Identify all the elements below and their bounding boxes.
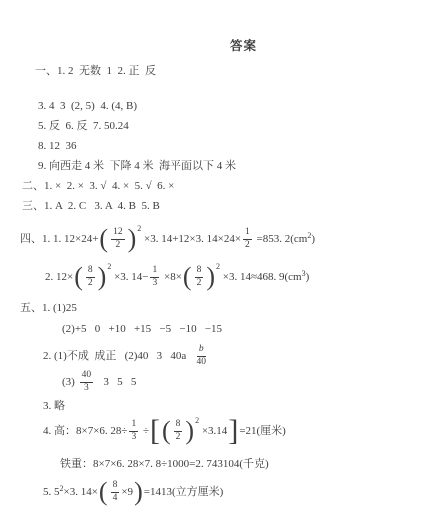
answer-line: (3) 403 3 5 5 bbox=[62, 368, 136, 396]
answer-line: 四、1. 1. 12×24+(122)2 ×3. 14+12×3. 14×24×… bbox=[20, 221, 315, 257]
text-segment: ×3. 14− bbox=[111, 270, 148, 285]
fraction: 12 bbox=[243, 227, 252, 251]
fraction-numerator: 1 bbox=[150, 265, 159, 278]
answer-line: (2)+5 0 +10 +15 −5 −10 −15 bbox=[62, 322, 222, 337]
answer-line: 2. 12×(82)2 ×3. 14−13 ×8×(82)2 ×3. 14≈46… bbox=[45, 259, 309, 295]
answer-line: 一、1. 2 无数 1 2. 正 反 bbox=[35, 64, 156, 79]
superscript: 2 bbox=[60, 481, 64, 496]
text-segment: ×3. 14≈468. 9(cm bbox=[220, 270, 302, 285]
superscript: 2 bbox=[107, 259, 111, 274]
text-segment: ×9 bbox=[121, 485, 133, 500]
text-segment: ×3. 14+12×3. 14×24× bbox=[141, 232, 241, 247]
text-segment: ×8× bbox=[161, 270, 182, 285]
big-paren: ( bbox=[73, 264, 84, 290]
superscript: 2 bbox=[195, 413, 199, 428]
big-paren: ( bbox=[161, 418, 172, 444]
text-segment: =21(厘米) bbox=[239, 424, 286, 439]
text-segment: 5. 5 bbox=[43, 485, 60, 500]
text-segment: (2)+5 0 +10 +15 −5 −10 −15 bbox=[62, 322, 222, 337]
text-segment: 8. 12 36 bbox=[38, 139, 77, 154]
text-segment: 9. 向西走 4 米 下降 4 米 海平面以下 4 米 bbox=[38, 159, 236, 174]
fraction: 82 bbox=[86, 265, 95, 289]
answer-line: 二、1. × 2. × 3. √ 4. × 5. √ 6. × bbox=[22, 179, 174, 194]
text-segment: ) bbox=[311, 232, 315, 247]
text-segment: 四、1. 1. 12×24+ bbox=[20, 232, 98, 247]
text-segment: 五、1. (1)25 bbox=[20, 301, 77, 316]
text-segment: 4. 高：8×7×6. 28÷ bbox=[43, 424, 127, 439]
big-bracket: ] bbox=[227, 416, 239, 446]
superscript: 3 bbox=[302, 266, 306, 281]
big-paren: ) bbox=[184, 418, 195, 444]
fraction-denominator: 3 bbox=[152, 278, 157, 289]
big-paren: ) bbox=[205, 264, 216, 290]
fraction-denominator: 4 bbox=[113, 493, 118, 504]
answer-line: 8. 12 36 bbox=[38, 139, 77, 154]
superscript: 2 bbox=[216, 259, 220, 274]
superscript: 2 bbox=[307, 228, 311, 243]
fraction-numerator: 8 bbox=[86, 265, 95, 278]
superscript: 2 bbox=[137, 221, 141, 236]
text-segment: 铁重：8×7×6. 28×7. 8÷1000=2. 743104(千克) bbox=[60, 457, 269, 472]
answer-sheet-page: 答案 一、1. 2 无数 1 2. 正 反3. 4 3 (2, 5) 4. (4… bbox=[0, 0, 430, 517]
text-segment: ) bbox=[306, 270, 310, 285]
fraction-numerator: 1 bbox=[243, 227, 252, 240]
big-paren: ( bbox=[98, 226, 109, 252]
fraction: 82 bbox=[195, 265, 204, 289]
text-segment: 2. 12× bbox=[45, 270, 73, 285]
answer-line: 4. 高：8×7×6. 28÷13 ÷[(82)2 ×3.14]=21(厘米) bbox=[43, 412, 286, 450]
fraction-denominator: 2 bbox=[176, 432, 181, 443]
answer-line: 5. 反 6. 反 7. 50.24 bbox=[38, 119, 129, 134]
fraction-denominator: 2 bbox=[245, 240, 250, 251]
fraction: 403 bbox=[80, 370, 94, 394]
answer-line: 3. 4 3 (2, 5) 4. (4, B) bbox=[38, 99, 137, 114]
text-segment: 三、1. A 2. C 3. A 4. B 5. B bbox=[22, 199, 160, 214]
text-segment: 3 5 5 bbox=[95, 375, 136, 390]
big-paren: ) bbox=[97, 264, 108, 290]
big-paren: ) bbox=[133, 479, 144, 505]
big-bracket: [ bbox=[149, 416, 161, 446]
fraction-denominator: 2 bbox=[197, 278, 202, 289]
answer-line: 铁重：8×7×6. 28×7. 8÷1000=2. 743104(千克) bbox=[60, 457, 269, 472]
text-segment: 二、1. × 2. × 3. √ 4. × 5. √ 6. × bbox=[22, 179, 174, 194]
text-segment: 5. 反 6. 反 7. 50.24 bbox=[38, 119, 129, 134]
fraction-numerator: b bbox=[197, 344, 206, 357]
big-paren: ( bbox=[98, 479, 109, 505]
fraction-numerator: 8 bbox=[111, 480, 120, 493]
big-paren: ) bbox=[127, 226, 138, 252]
fraction-numerator: 1 bbox=[129, 419, 138, 432]
fraction-numerator: 8 bbox=[174, 419, 183, 432]
answer-line: 9. 向西走 4 米 下降 4 米 海平面以下 4 米 bbox=[38, 159, 236, 174]
text-segment: 3. 4 3 (2, 5) 4. (4, B) bbox=[38, 99, 137, 114]
answer-lines: 一、1. 2 无数 1 2. 正 反3. 4 3 (2, 5) 4. (4, B… bbox=[0, 0, 430, 517]
fraction: 82 bbox=[174, 419, 183, 443]
text-segment: =1413(立方厘米) bbox=[144, 485, 224, 500]
fraction-denominator: 2 bbox=[115, 240, 120, 251]
text-segment: ÷ bbox=[140, 424, 149, 439]
text-segment: =853. 2(cm bbox=[254, 232, 308, 247]
text-segment: (3) bbox=[62, 375, 78, 390]
fraction-denominator: 2 bbox=[88, 278, 93, 289]
fraction-denominator: 3 bbox=[131, 432, 136, 443]
fraction-denominator: 3 bbox=[84, 383, 89, 394]
fraction-numerator: 8 bbox=[195, 265, 204, 278]
answer-line: 2. (1)不成 成正 (2)40 3 40a b40 bbox=[43, 342, 208, 370]
fraction: 84 bbox=[111, 480, 120, 504]
text-segment: 一、1. 2 无数 1 2. 正 反 bbox=[35, 64, 156, 79]
fraction-denominator: 40 bbox=[197, 357, 207, 368]
fraction: 13 bbox=[150, 265, 159, 289]
answer-line: 三、1. A 2. C 3. A 4. B 5. B bbox=[22, 199, 160, 214]
big-paren: ( bbox=[182, 264, 193, 290]
fraction-numerator: 40 bbox=[80, 370, 94, 383]
fraction: 122 bbox=[111, 227, 125, 251]
fraction: b40 bbox=[197, 344, 207, 368]
answer-line: 5. 52×3. 14×(84×9)=1413(立方厘米) bbox=[43, 473, 223, 511]
text-segment: 2. (1)不成 成正 (2)40 3 40a bbox=[43, 349, 195, 364]
fraction: 13 bbox=[129, 419, 138, 443]
answer-line: 五、1. (1)25 bbox=[20, 301, 77, 316]
text-segment: ×3. 14× bbox=[64, 485, 98, 500]
text-segment: ×3.14 bbox=[199, 424, 227, 439]
fraction-numerator: 12 bbox=[111, 227, 125, 240]
